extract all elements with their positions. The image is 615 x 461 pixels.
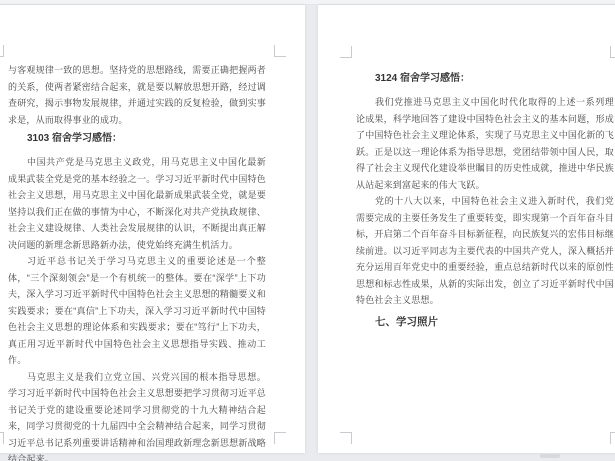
document-canvas: 与客观规律一致的思想。坚持党的思想路线，需要正确把握两者的关系，使两者紧密结合起… [0,0,615,461]
dorm-heading: 3124 宿舍学习感悟： [356,71,614,87]
page-left-content: 与客观规律一致的思想。坚持党的思想路线，需要正确把握两者的关系，使两者紧密结合起… [8,62,266,461]
margin-crop-mark [0,45,4,57]
margin-crop-mark [340,46,352,58]
body-paragraph: 与客观规律一致的思想。坚持党的思想路线，需要正确把握两者的关系，使两者紧密结合起… [8,62,266,128]
page-right-content: 3124 宿舍学习感悟：我们党推进马克思主义中国化时代化取得的上述一系列理论成果… [356,68,614,330]
dorm-heading: 3103 宿舍学习感悟： [8,131,266,147]
margin-crop-mark [610,46,615,58]
body-paragraph: 中国共产党是马克思主义政党，用马克思主义中国化最新成果武装全党是党的基本经验之一… [8,154,266,253]
margin-crop-mark [0,432,4,444]
margin-crop-mark [274,432,286,444]
page-left[interactable]: 与客观规律一致的思想。坚持党的思想路线，需要正确把握两者的关系，使两者紧密结合起… [0,5,305,453]
horizontal-scrollbar-thumb[interactable] [540,454,560,458]
margin-crop-mark [610,432,615,444]
margin-crop-mark [274,45,286,57]
body-paragraph: 习近平总书记关于学习马克思主义的重要论述是一个整体，“三个深刻领会”是一个有机统… [8,253,266,369]
body-paragraph: 马克思主义是我们立党立国、兴党兴国的根本指导思想。学习习近平新时代中国特色社会主… [8,369,266,461]
margin-crop-mark [340,432,352,444]
body-paragraph: 党的十八大以来，中国特色社会主义进入新时代，我们党需要完成的主要任务发生了重要转… [356,193,614,309]
body-paragraph: 我们党推进马克思主义中国化时代化取得的上述一系列理论成果，科学地回答了建设中国特… [356,94,614,193]
page-right[interactable]: 3124 宿舍学习感悟：我们党推进马克思主义中国化时代化取得的上述一系列理论成果… [318,5,615,453]
section-heading: 七、学习照片 [356,314,614,330]
